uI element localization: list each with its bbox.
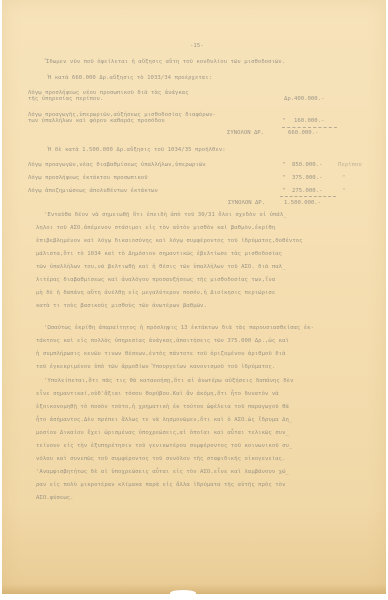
paragraph-line: ἦτο ἀσήμαντος.Δὲν πρέπει ἄλλως τε νὰ λησ…	[36, 417, 292, 423]
paragraph-line: μοσίου Δικαίου ἔχει ὡρισμένας ὑποχρεώσει…	[36, 430, 289, 436]
paragraph-line: 'Ωσαύτως ἐκρίθη ἀπαραίτητος ἡ πρόσληψις …	[44, 325, 314, 331]
section2-item3-prefix: "	[282, 188, 285, 194]
paragraph-line: 'Αναμφισβητήτως δὲ αἱ ὑποχρεώσεις αὗται …	[36, 469, 289, 475]
section2-sum-rule	[280, 196, 336, 197]
paragraph-line: μὴ δὲ ἡ δαπάνη αὕτη ἀνέλθῃ εἰς μεγαλύτερ…	[36, 290, 275, 296]
section1-total-label: ΣΥΝΟΛΟΝ ΔΡ.	[227, 130, 264, 136]
paragraph-line: ληλοι τοῦ ΑΣΟ.ἀπέμενον στάσιμοι εἰς τὸν …	[36, 225, 275, 231]
section2-item1-text: Λόγῳ προαγωγῶν,νέας διαβαθμίσεως ὑπαλλήλ…	[28, 162, 206, 168]
section1-item2-line2: των ὑπαλλήλων καὶ φόρου καθαρᾶς προσόδου	[28, 118, 165, 124]
paragraph-line: 'Ενταῦθα δέον νὰ σημειωθῇ ὅτι ἐπειδὴ ἀπὸ…	[44, 212, 287, 218]
section2-item3-note: "	[342, 188, 345, 194]
section1-item1-line2: τῆς ὑπηρεσίας περίπου.	[28, 96, 103, 102]
section1-item2-amount: 160.000.-	[294, 118, 324, 124]
paragraph-line: εἶνε σημαντικαί,οὐδ'ἄξιαι τόσου θορύβου.…	[36, 391, 279, 397]
paragraph-line: μάλιστα,ὅτι τὸ 1034 καὶ τὸ Δημόσιον σημα…	[36, 251, 282, 257]
page-tear	[170, 590, 196, 596]
document-page: -15- Ἴδωμεν νῦν ποῦ ὀφείλεται ἡ αὔξησις …	[2, 0, 386, 594]
section2-item3-amount: 275.000.-	[292, 188, 322, 194]
section2-item2-amount: 375.000.-	[292, 175, 322, 181]
section2-item3-text: Λόγῳ ἀποζημιώσεως ἀπολυθέντων ἐκτάκτων	[28, 188, 158, 194]
section2-total-label: ΣΥΝΟΛΟΝ ΔΡ.	[228, 200, 265, 206]
paragraph-line: ΑΣΟ.φύσεως.	[36, 495, 74, 501]
paragraph-line: λιτέρας διαβαθμίσεως καὶ ἀναλόγου προσαυ…	[36, 277, 275, 283]
section2-item2-note: "	[342, 175, 345, 181]
section2-item2-prefix: "	[282, 175, 285, 181]
section2-item1-prefix: "	[282, 162, 285, 168]
paragraph-line: ἡ συμπλήρωσις κενῶν τινων θέσεων,ἐντὸς π…	[36, 351, 286, 357]
paragraph-line: τάκτους καὶ εἰς πολλὰς ὑπηρεσίας ἀνάγκας…	[36, 338, 289, 344]
section1-sum-rule	[282, 127, 337, 128]
section1-item1-prefix: Δρ.	[284, 96, 294, 102]
section1-item2-prefix: "	[282, 118, 285, 124]
section1-item1-amount: 400.000.-	[294, 96, 324, 102]
paragraph-line: ραν εἰς πολὺ μικροτέραν κλίμακα παρὰ εἰς…	[36, 482, 286, 488]
paragraph-line: τῶν ὑπαλλήλων του,νὰ βελτιωθῇ καὶ ἡ θέσι…	[36, 264, 286, 270]
section1-heading: Ἡ κατὰ 660.000 Δρ.αὔξησις τὸ 1033/34 προ…	[48, 75, 212, 81]
paragraph-line: κατὰ τι τοὺς βασικοὺς μισθοὺς τῶν ἀνωτέρ…	[36, 303, 207, 309]
section2-item1-amount: 850.000.-	[292, 162, 322, 168]
paragraph-line: νόλου καὶ συνεπῶς τοῦ συμφέροντος τοῦ συ…	[36, 456, 286, 462]
section2-total: 1.500.000.-	[284, 200, 321, 206]
section2-item2-text: Λόγῳ προσλήψεως ἐκτάκτου προσωπικοῦ	[28, 175, 148, 181]
section2-item1-note: Περίπου	[338, 162, 362, 168]
intro-line: Ἴδωμεν νῦν ποῦ ὀφείλεται ἡ αὔξησις αὕτη …	[46, 59, 285, 65]
paragraph-line: ἐπιβεβλημένον καὶ λόγῳ δικαιοσύνης καὶ λ…	[36, 238, 303, 244]
section2-heading: Ἡ δὲ κατὰ 1.500.000 Δρ.αὔξησις τοῦ 1034/…	[48, 147, 226, 153]
paragraph-line: ἐξοικονομηθῇ τὸ ποσὸν τοῦτο,ἡ χρηματικὴ …	[36, 404, 289, 410]
paragraph-line: 'Υπολείπεται,ὅτι πᾶς τις θὰ κατανοήσῃ,ὅτ…	[44, 378, 294, 384]
section1-total: 660.000.-	[288, 130, 318, 136]
page-number: -15-	[190, 43, 204, 49]
paragraph-line: τείνουν εἰς τὴν ἐξυπηρέτησιν τοῦ γενικωτ…	[36, 443, 292, 449]
paragraph-line: τοῦ ἐγκεκριμένου ὑπὸ τῶν ἁρμοδίων Ὑπουργ…	[36, 364, 275, 370]
